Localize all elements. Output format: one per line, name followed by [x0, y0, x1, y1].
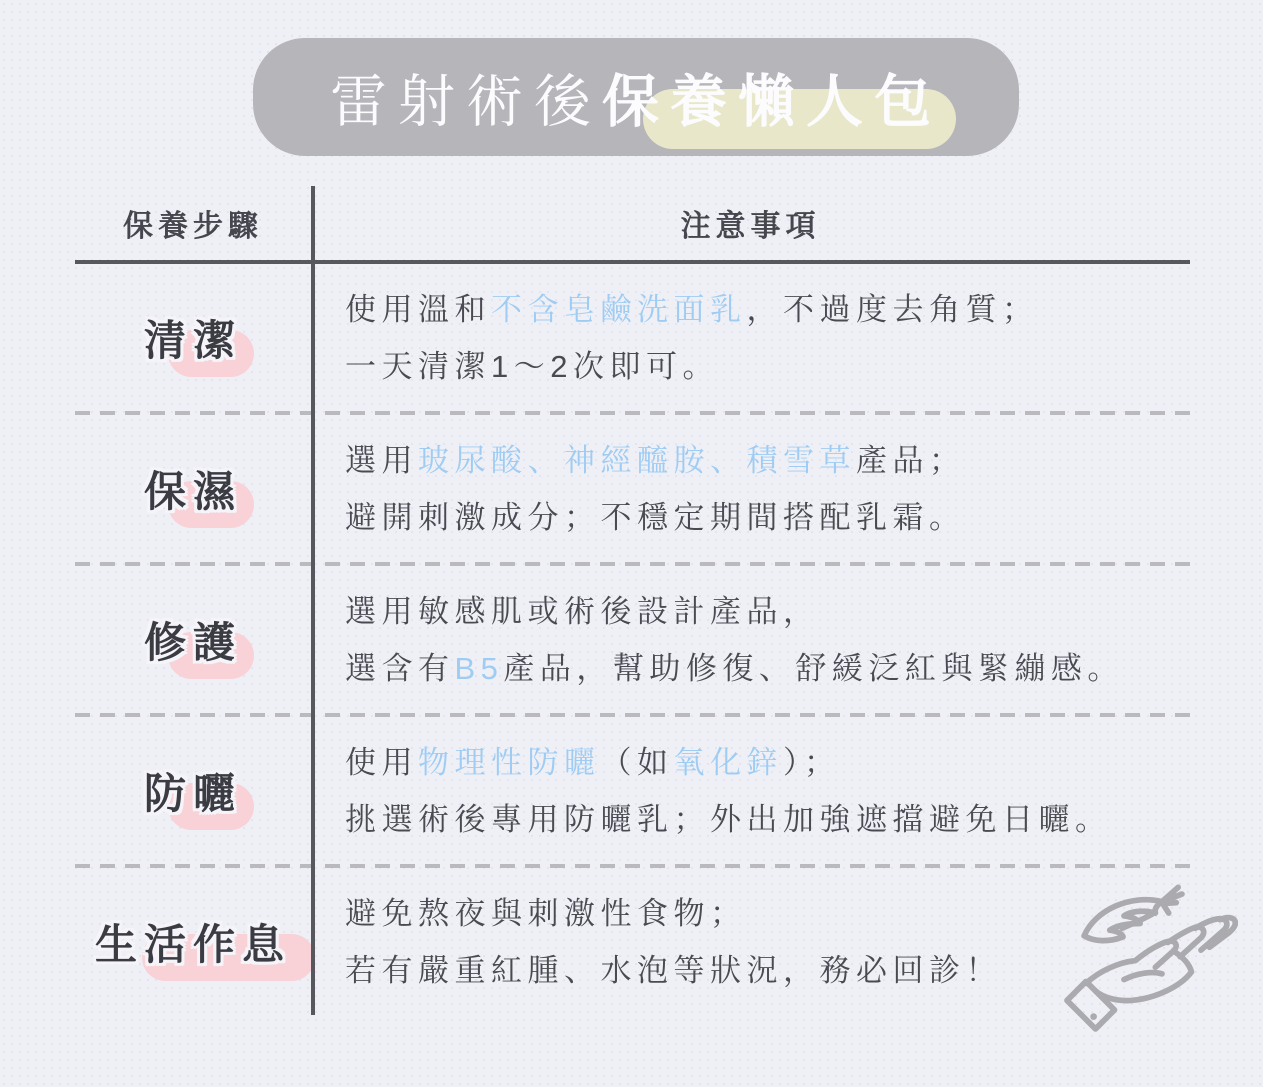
highlighted-term: 物理性防曬	[418, 745, 601, 780]
table-row: 防曬使用物理性防曬（如氧化鋅）；挑選術後專用防曬乳；外出加強遮擋避免日曬。	[75, 717, 1190, 864]
highlighted-term: 氧化鋅	[674, 745, 784, 780]
highlighted-term: 不含皂鹼洗面乳	[491, 292, 747, 327]
step-text: 保濕	[144, 468, 242, 515]
step-label: 生活作息	[95, 912, 291, 972]
notes-text: 避開刺激成分；不穩定期間搭配乳霜。	[345, 500, 966, 535]
notes-text: 選用	[345, 443, 418, 478]
highlighted-term: B5	[455, 651, 504, 686]
notes-cell: 使用溫和不含皂鹼洗面乳，不過度去角質；一天清潔1～2次即可。	[311, 281, 1190, 395]
notes-line: 一天清潔1～2次即可。	[345, 338, 1190, 395]
step-text: 清潔	[144, 317, 242, 364]
notes-text: ，不過度去角質；	[747, 292, 1039, 327]
step-cell: 防曬	[75, 761, 311, 821]
care-table: 保養步驟 注意事項 清潔使用溫和不含皂鹼洗面乳，不過度去角質；一天清潔1～2次即…	[75, 186, 1190, 1015]
notes-text: （如	[601, 745, 674, 780]
notes-text: 選用敏感肌或術後設計產品，	[345, 594, 820, 629]
table-row: 生活作息避免熬夜與刺激性食物；若有嚴重紅腫、水泡等狀況，務必回診！	[75, 868, 1190, 1015]
table-header: 保養步驟 注意事項	[75, 186, 1190, 264]
page-title: 雷射術後保養懶人包	[330, 56, 942, 138]
step-text: 生活作息	[95, 921, 291, 968]
notes-line: 避開刺激成分；不穩定期間搭配乳霜。	[345, 489, 1190, 546]
step-text: 防曬	[144, 770, 242, 817]
highlighted-term: 玻尿酸、神經醯胺、積雪草	[418, 443, 856, 478]
step-cell: 清潔	[75, 308, 311, 368]
table-row: 保濕選用玻尿酸、神經醯胺、積雪草產品；避開刺激成分；不穩定期間搭配乳霜。	[75, 415, 1190, 562]
notes-text: 使用	[345, 745, 418, 780]
notes-text: 產品，幫助修復、舒緩泛紅與緊繃感。	[503, 651, 1124, 686]
step-cell: 修護	[75, 610, 311, 670]
notes-text: 選含有	[345, 651, 455, 686]
notes-text: 一天清潔1～2次即可。	[345, 349, 719, 384]
table-row: 修護選用敏感肌或術後設計產品，選含有B5產品，幫助修復、舒緩泛紅與緊繃感。	[75, 566, 1190, 713]
title-regular: 雷射術後	[330, 70, 602, 134]
table-rows: 清潔使用溫和不含皂鹼洗面乳，不過度去角質；一天清潔1～2次即可。保濕選用玻尿酸、…	[75, 264, 1190, 1015]
notes-line: 選含有B5產品，幫助修復、舒緩泛紅與緊繃感。	[345, 640, 1190, 697]
title-banner: 雷射術後保養懶人包	[253, 38, 1019, 156]
notes-text: ）；	[783, 745, 841, 780]
step-cell: 生活作息	[75, 912, 311, 972]
notes-text: 挑選術後專用防曬乳；外出加強遮擋避免日曬。	[345, 802, 1112, 837]
column-divider	[311, 186, 315, 1015]
notes-cell: 選用玻尿酸、神經醯胺、積雪草產品；避開刺激成分；不穩定期間搭配乳霜。	[311, 432, 1190, 546]
notes-cell: 選用敏感肌或術後設計產品，選含有B5產品，幫助修復、舒緩泛紅與緊繃感。	[311, 583, 1190, 697]
notes-line: 挑選術後專用防曬乳；外出加強遮擋避免日曬。	[345, 791, 1190, 848]
title-bold: 保養懶人包	[602, 56, 942, 138]
step-cell: 保濕	[75, 459, 311, 519]
table-row: 清潔使用溫和不含皂鹼洗面乳，不過度去角質；一天清潔1～2次即可。	[75, 264, 1190, 411]
header-notes-column: 注意事項	[311, 201, 1190, 245]
step-label: 防曬	[144, 761, 242, 821]
notes-text: 產品；	[856, 443, 966, 478]
step-label: 修護	[144, 610, 242, 670]
notes-line: 使用溫和不含皂鹼洗面乳，不過度去角質；	[345, 281, 1190, 338]
hand-with-feather-icon	[1048, 882, 1238, 1060]
notes-text: 若有嚴重紅腫、水泡等狀況，務必回診！	[345, 953, 1002, 988]
header-step-column: 保養步驟	[75, 201, 311, 245]
step-label: 清潔	[144, 308, 242, 368]
step-text: 修護	[144, 619, 242, 666]
step-label: 保濕	[144, 459, 242, 519]
notes-text: 使用溫和	[345, 292, 491, 327]
notes-line: 選用玻尿酸、神經醯胺、積雪草產品；	[345, 432, 1190, 489]
notes-line: 選用敏感肌或術後設計產品，	[345, 583, 1190, 640]
notes-line: 使用物理性防曬（如氧化鋅）；	[345, 734, 1190, 791]
notes-text: 避免熬夜與刺激性食物；	[345, 896, 747, 931]
notes-cell: 使用物理性防曬（如氧化鋅）；挑選術後專用防曬乳；外出加強遮擋避免日曬。	[311, 734, 1190, 848]
